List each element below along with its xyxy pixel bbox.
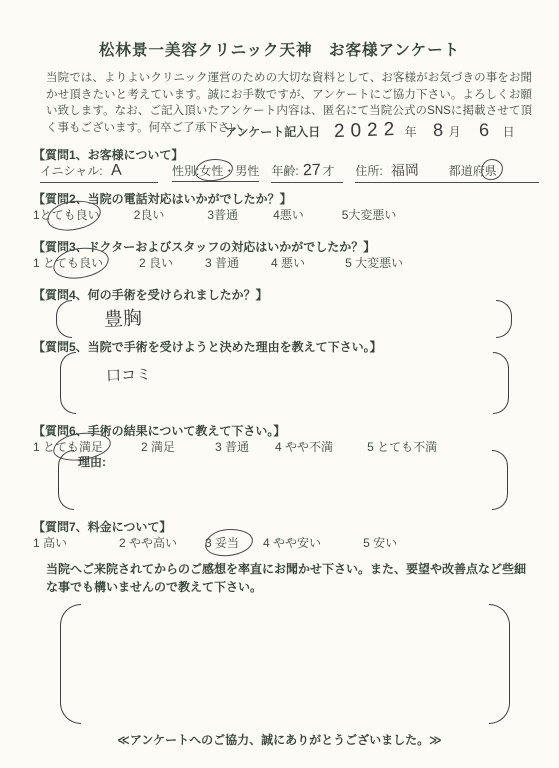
q2-option-4: 4悪い bbox=[273, 206, 304, 223]
q7-option-2: 2 やや高い bbox=[119, 534, 177, 551]
q2-option-3: 3普通 bbox=[207, 206, 238, 223]
comments-bracket-left bbox=[60, 604, 81, 724]
q5-bracket-left bbox=[60, 352, 76, 414]
address-unit-prefix: 都道府 bbox=[449, 162, 485, 179]
q6-bracket-left bbox=[58, 450, 74, 510]
age-unit: 才 bbox=[323, 162, 335, 179]
age-label: 年齢: bbox=[271, 162, 298, 179]
q3-option-1-label: 1 とても良い bbox=[33, 256, 103, 270]
q2-options-row: 1とても良い 2良い 3普通 4悪い 5大変悪い bbox=[33, 206, 396, 223]
address-ken-label: 県 bbox=[485, 164, 497, 178]
date-month-unit: 月 bbox=[449, 123, 461, 140]
q2-option-1-label: 1とても良い bbox=[33, 208, 100, 222]
footer-thanks: ≪アンケートへのご協力、誠にありがとうございました。≫ bbox=[0, 731, 559, 748]
q2-header: 【質問2、当院の電話対応はいかがでしたか？】 bbox=[33, 190, 292, 207]
q1-fields-row: イニシャル: A 性別: 女性 ・ 男性 年齢: 27 才 住所: 福岡 都道府… bbox=[40, 160, 539, 183]
gender-option-female: 女性 bbox=[199, 162, 223, 179]
q5-bracket-right bbox=[493, 352, 509, 414]
q4-bracket-left bbox=[56, 300, 72, 338]
q2-option-5: 5大変悪い bbox=[342, 206, 397, 223]
gender-field: 性別: 女性 ・ 男性 bbox=[172, 162, 259, 182]
q7-option-3: 3 妥当 bbox=[205, 534, 239, 551]
q7-options-row: 1 高い 2 やや高い 3 妥当 4 やや安い 5 安い bbox=[33, 534, 397, 551]
age-value-handwritten: 27 bbox=[302, 162, 320, 181]
address-unit-ken: 県 bbox=[485, 162, 497, 179]
q6-bracket-right bbox=[492, 450, 508, 510]
gender-label: 性別: bbox=[172, 162, 199, 179]
date-month-handwritten: 8 bbox=[432, 120, 443, 141]
q7-option-1: 1 高い bbox=[33, 534, 67, 551]
initial-label: イニシャル: bbox=[40, 162, 103, 179]
date-day-unit: 日 bbox=[503, 123, 515, 140]
q2-option-2: 2良い bbox=[134, 206, 165, 223]
q3-header: 【質問3、ドクターおよびスタッフの対応はいかがでしたか？】 bbox=[33, 238, 375, 255]
age-field: 年齢: 27 才 bbox=[271, 162, 343, 183]
comments-bracket-right bbox=[489, 604, 510, 724]
initial-field: イニシャル: A bbox=[40, 162, 158, 183]
q3-option-5: 5 大変悪い bbox=[345, 254, 403, 271]
q7-option-4: 4 やや安い bbox=[263, 534, 321, 551]
date-label: アンケート記入日 bbox=[225, 123, 320, 140]
date-day-handwritten: 6 bbox=[478, 120, 489, 141]
q5-answer-box: 口コミ bbox=[60, 352, 509, 414]
q3-option-2: 2 良い bbox=[139, 254, 173, 271]
q7-option-5: 5 安い bbox=[363, 534, 397, 551]
survey-scan-page: 松林景一美容クリニック天神 お客様アンケート 当院では、よりよいクリニック運営の… bbox=[0, 0, 559, 768]
q4-answer-box: 豊胸 bbox=[56, 300, 512, 338]
q3-option-1: 1 とても良い bbox=[33, 254, 103, 271]
q6-header: 【質問6、手術の結果について教えて下さい。】 bbox=[33, 422, 285, 439]
address-label: 住所: bbox=[355, 162, 382, 179]
q3-option-4: 4 悪い bbox=[271, 254, 305, 271]
q4-bracket-right bbox=[496, 300, 512, 338]
date-year-unit: 年 bbox=[405, 123, 417, 140]
q7-header: 【質問7、料金について】 bbox=[33, 518, 171, 535]
q5-answer-handwritten: 口コミ bbox=[106, 363, 152, 386]
comments-answer-box bbox=[60, 604, 510, 724]
address-value-handwritten: 福岡 bbox=[390, 160, 419, 181]
gender-female-label: 女性 bbox=[199, 164, 223, 178]
q6-reason-label: 理由: bbox=[78, 453, 106, 470]
address-field: 住所: 福岡 都道府 県 bbox=[355, 160, 539, 183]
q3-options-row: 1 とても良い 2 良い 3 普通 4 悪い 5 大変悪い bbox=[33, 254, 403, 271]
date-year-handwritten: 2022 bbox=[334, 119, 401, 143]
initial-value-handwritten: A bbox=[110, 162, 121, 180]
gender-option-male: 男性 bbox=[235, 162, 259, 179]
q3-option-3: 3 普通 bbox=[205, 254, 239, 271]
page-title: 松林景一美容クリニック天神 お客様アンケート bbox=[0, 38, 559, 60]
date-line: アンケート記入日 2022 年 8 月 6 日 bbox=[225, 120, 517, 142]
q4-answer-handwritten: 豊胸 bbox=[103, 303, 142, 332]
q2-option-1: 1とても良い bbox=[33, 206, 100, 223]
comments-prompt: 当院へご来院されてからのご感想を率直にお聞かせ下さい。また、要望や改善点など些細… bbox=[46, 560, 528, 596]
gender-separator: ・ bbox=[223, 162, 235, 179]
q7-option-3-label: 3 妥当 bbox=[205, 536, 239, 550]
q6-reason-box: 理由: bbox=[58, 450, 508, 510]
